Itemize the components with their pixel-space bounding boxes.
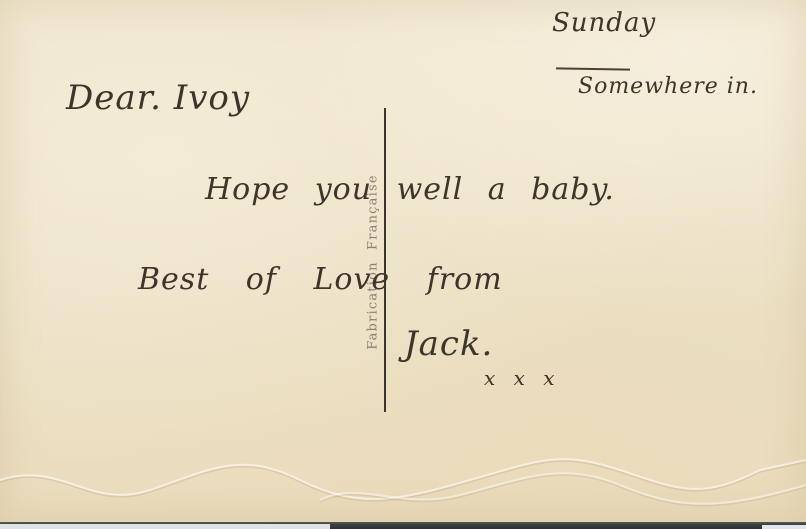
scan-bottom-edge-light-right xyxy=(762,525,806,529)
address-divider-line xyxy=(384,108,386,412)
date-underline xyxy=(556,67,630,70)
message-kisses: x x x xyxy=(484,366,561,390)
postcard-back: Fabrication Française Sunday Somewhere i… xyxy=(0,0,806,523)
scan-bottom-edge-light xyxy=(0,524,330,529)
embossed-wave-decoration xyxy=(0,440,806,520)
message-location: Somewhere in. xyxy=(578,74,758,99)
message-line: Hope you well a baby. xyxy=(205,172,615,207)
message-date: Sunday xyxy=(552,8,656,38)
message-signature: Jack. xyxy=(404,324,493,364)
message-salutation: Dear. Ivoy xyxy=(66,78,250,118)
message-line: Best of Love from xyxy=(138,262,503,297)
